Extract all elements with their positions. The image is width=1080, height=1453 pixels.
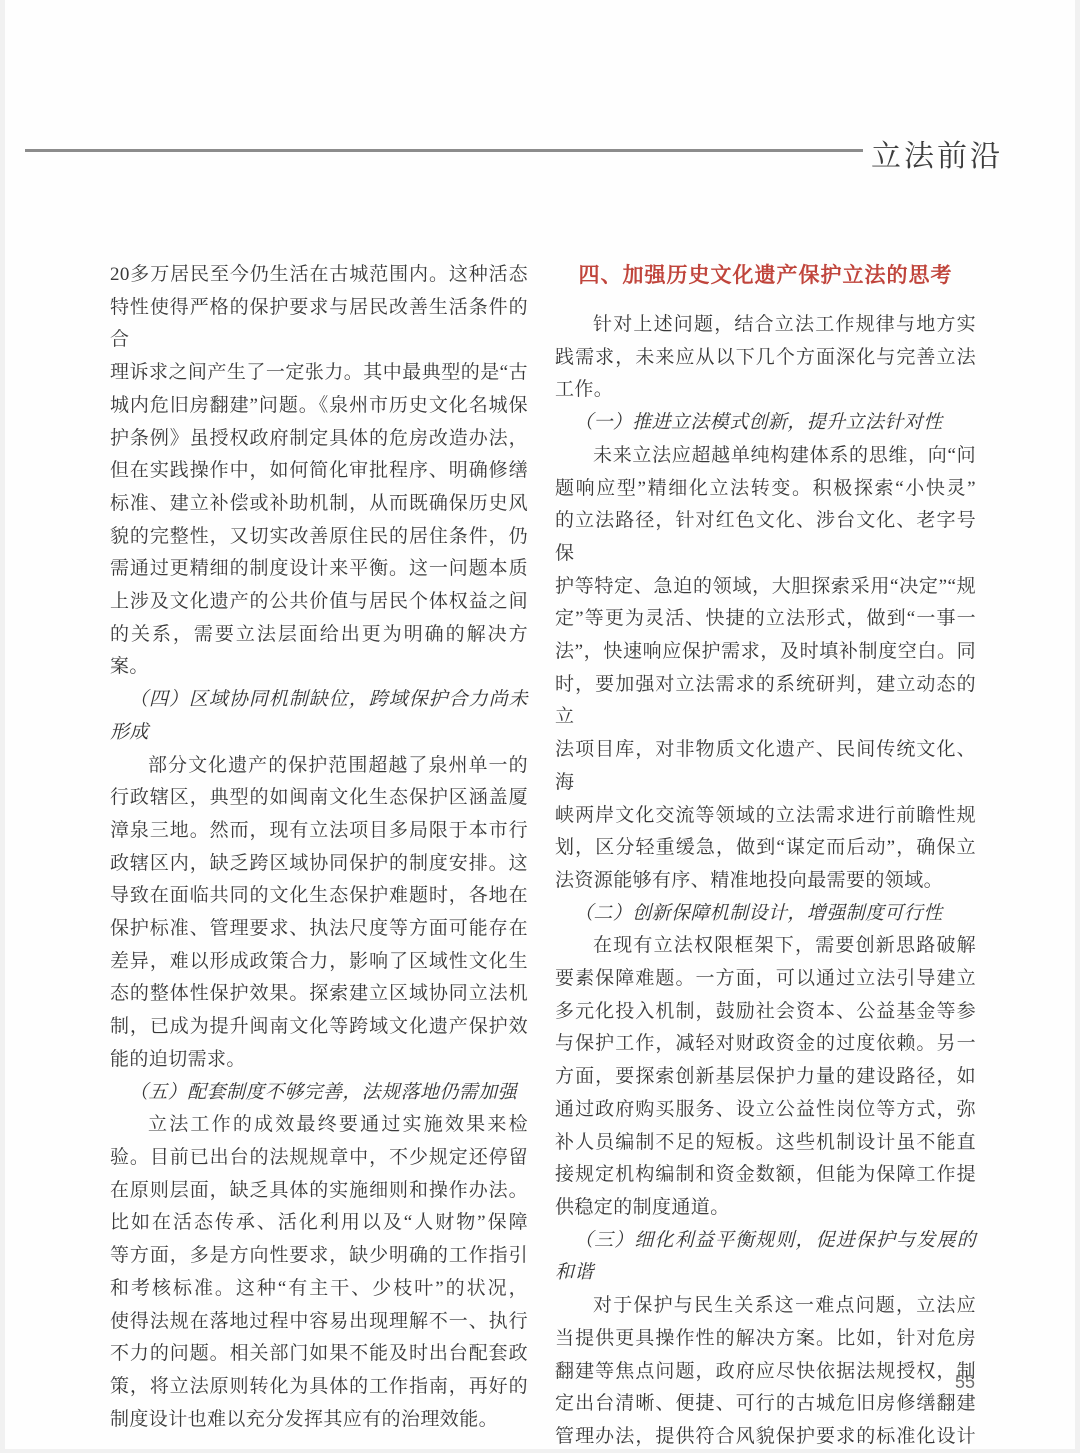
text-line: 与保护工作，减轻对财政资金的过度依赖。另一 [555, 1028, 976, 1061]
text-line: 当提供更具操作性的解决方案。比如，针对危房 [555, 1323, 976, 1356]
header-title: 立法前沿 [871, 131, 1003, 175]
text-line: 工作。 [555, 374, 976, 407]
text-line: 态的整体性保护效果。探索建立区域协同立法机 [110, 978, 528, 1011]
text-line: 针对上述问题，结合立法工作规律与地方实 [555, 309, 976, 342]
text-line: 等方面，多是方向性要求，缺少明确的工作指引 [110, 1240, 528, 1273]
right-column-text: 针对上述问题，结合立法工作规律与地方实践需求，未来应从以下几个方面深化与完善立法… [555, 309, 976, 1453]
text-line: 翻建等焦点问题，政府应尽快依据法规授权，制 [555, 1356, 976, 1389]
text-line: 能的迫切需求。 [110, 1044, 528, 1077]
text-line: （四）区域协同机制缺位，跨域保护合力尚未 [110, 684, 528, 717]
text-line: 特性使得严格的保护要求与居民改善生活条件的合 [110, 292, 528, 357]
text-line: 要素保障难题。一方面，可以通过立法引导建立 [555, 963, 976, 996]
text-line: 形成 [110, 717, 528, 750]
text-line: 管理办法，提供符合风貌保护要求的标准化设计 [555, 1421, 976, 1453]
left-column: 20多万居民至今仍生活在古城范围内。这种活态特性使得严格的保护要求与居民改善生活… [110, 259, 528, 1453]
text-line: 政辖区内，缺乏跨区域协同保护的制度安排。这 [110, 848, 528, 881]
text-line: 和谐 [555, 1257, 976, 1290]
right-column: 四、加强历史文化遗产保护立法的思考 针对上述问题，结合立法工作规律与地方实践需求… [555, 259, 976, 1453]
text-line: 和考核标准。这种“有主干、少枝叶”的状况， [110, 1273, 528, 1306]
text-line: 差异，难以形成政策合力，影响了区域性文化生 [110, 946, 528, 979]
text-line: 多元化投入机制，鼓励社会资本、公益基金等参 [555, 996, 976, 1029]
text-line: 20多万居民至今仍生活在古城范围内。这种活态 [110, 259, 528, 292]
text-line: 法”，快速响应保护需求，及时填补制度空白。同 [555, 636, 976, 669]
text-line: 在原则层面，缺乏具体的实施细则和操作办法。 [110, 1175, 528, 1208]
text-line: 行政辖区，典型的如闽南文化生态保护区涵盖厦 [110, 782, 528, 815]
text-line: （二）创新保障机制设计，增强制度可行性 [555, 898, 976, 931]
text-line: 制度设计也难以充分发挥其应有的治理效能。 [110, 1404, 528, 1437]
text-line: （一）推进立法模式创新，提升立法针对性 [555, 407, 976, 440]
text-line: 制，已成为提升闽南文化等跨域文化遗产保护效 [110, 1011, 528, 1044]
text-line: 划，区分轻重缓急，做到“谋定而后动”，确保立 [555, 832, 976, 865]
section-heading: 四、加强历史文化遗产保护立法的思考 [555, 259, 976, 292]
text-line: 未来立法应超越单纯构建体系的思维，向“问 [555, 440, 976, 473]
text-line: 部分文化遗产的保护范围超越了泉州单一的 [110, 750, 528, 783]
text-line: 补人员编制不足的短板。这些机制设计虽不能直 [555, 1127, 976, 1160]
text-line: 比如在活态传承、活化利用以及“人财物”保障 [110, 1207, 528, 1240]
text-line: 立法工作的成效最终要通过实施效果来检 [110, 1109, 528, 1142]
text-line: 标准、建立补偿或补助机制，从而既确保历史风 [110, 488, 528, 521]
text-line: 漳泉三地。然而，现有立法项目多局限于本市行 [110, 815, 528, 848]
text-line: 践需求，未来应从以下几个方面深化与完善立法 [555, 342, 976, 375]
text-line: 使得法规在落地过程中容易出现理解不一、执行 [110, 1306, 528, 1339]
text-line: 接规定机构编制和资金数额，但能为保障工作提 [555, 1159, 976, 1192]
text-line: 在现有立法权限框架下，需要创新思路破解 [555, 930, 976, 963]
text-line: 理诉求之间产生了一定张力。其中最典型的是“古 [110, 357, 528, 390]
text-line: 护条例》虽授权政府制定具体的危房改造办法， [110, 423, 528, 456]
text-line: 的立法路径，针对红色文化、涉台文化、老字号保 [555, 505, 976, 570]
text-line: 保护标准、管理要求、执法尺度等方面可能存在 [110, 913, 528, 946]
text-line: 通过政府购买服务、设立公益性岗位等方式，弥 [555, 1094, 976, 1127]
text-line: 貌的完整性，又切实改善原住民的居住条件，仍 [110, 521, 528, 554]
text-line: 策，将立法原则转化为具体的工作指南，再好的 [110, 1371, 528, 1404]
text-line: 但在实践操作中，如何简化审批程序、明确修缮 [110, 455, 528, 488]
text-line: 需通过更精细的制度设计来平衡。这一问题本质 [110, 553, 528, 586]
header-rule [25, 149, 863, 152]
text-line: 峡两岸文化交流等领域的立法需求进行前瞻性规 [555, 800, 976, 833]
text-line: 题响应型”精细化立法转变。积极探索“小快灵” [555, 473, 976, 506]
text-line: 不力的问题。相关部门如果不能及时出台配套政 [110, 1338, 528, 1371]
page-number: 55 [955, 1372, 975, 1393]
text-line: 法项目库，对非物质文化遗产、民间传统文化、海 [555, 734, 976, 799]
text-line: 护等特定、急迫的领域，大胆探索采用“决定”“规 [555, 571, 976, 604]
text-line: 时，要加强对立法需求的系统研判，建立动态的立 [555, 669, 976, 734]
content-columns: 20多万居民至今仍生活在古城范围内。这种活态特性使得严格的保护要求与居民改善生活… [110, 259, 978, 1453]
text-line: 定出台清晰、便捷、可行的古城危旧房修缮翻建 [555, 1388, 976, 1421]
text-line: 验。目前已出台的法规规章中，不少规定还停留 [110, 1142, 528, 1175]
page: 立法前沿 20多万居民至今仍生活在古城范围内。这种活态特性使得严格的保护要求与居… [0, 0, 1080, 1453]
text-line: （五）配套制度不够完善，法规落地仍需加强 [110, 1077, 528, 1110]
text-line: 法资源能够有序、精准地投向最需要的领域。 [555, 865, 976, 898]
text-line: 定”等更为灵活、快捷的立法形式，做到“一事一 [555, 603, 976, 636]
text-line: 上涉及文化遗产的公共价值与居民个体权益之间 [110, 586, 528, 619]
text-line: 方面，要探索创新基层保护力量的建设路径，如 [555, 1061, 976, 1094]
text-line: 的关系，需要立法层面给出更为明确的解决方案。 [110, 619, 528, 684]
text-line: 供稳定的制度通道。 [555, 1192, 976, 1225]
text-line: 对于保护与民生关系这一难点问题，立法应 [555, 1290, 976, 1323]
text-line: 导致在面临共同的文化生态保护难题时，各地在 [110, 880, 528, 913]
text-line: （三）细化利益平衡规则，促进保护与发展的 [555, 1225, 976, 1258]
text-line: 城内危旧房翻建”问题。《泉州市历史文化名城保 [110, 390, 528, 423]
